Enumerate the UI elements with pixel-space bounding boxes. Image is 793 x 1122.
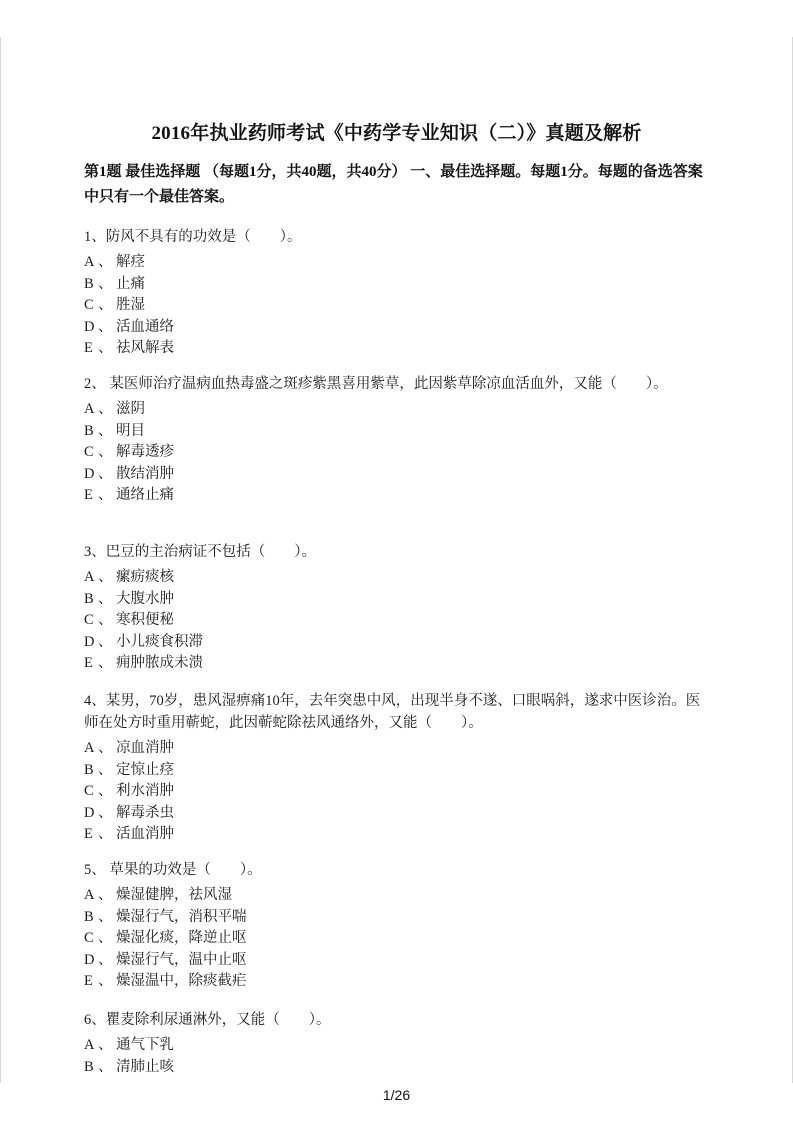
option-letter: D (84, 464, 98, 486)
option-separator: 、 (98, 928, 116, 950)
option-c: C、胜湿 (84, 295, 709, 317)
option-separator: 、 (98, 567, 116, 589)
option-separator: 、 (98, 1035, 116, 1057)
option-letter: C (84, 442, 98, 464)
option-letter: D (84, 632, 98, 654)
option-separator: 、 (98, 781, 116, 803)
option-separator: 、 (98, 653, 116, 675)
option-text: 燥湿行气，温中止呕 (116, 952, 247, 968)
option-separator: 、 (98, 738, 116, 760)
question-stem: 5、 草果的功效是（ ）。 (84, 859, 709, 881)
option-separator: 、 (98, 907, 116, 929)
option-text: 小儿痰食积滞 (116, 634, 203, 650)
option-c: C、寒积便秘 (84, 610, 709, 632)
option-b: B、明目 (84, 421, 709, 443)
option-letter: A (84, 567, 98, 589)
option-text: 胜湿 (116, 297, 145, 313)
question-4: 4、某男，70岁，患风湿痹痛10年，去年突患中风，出现半身不遂、口眼㖞斜，遂求中… (84, 690, 709, 846)
option-text: 解毒透疹 (116, 444, 174, 460)
option-list: A、解痉 B、止痛 C、胜湿 D、活血通络 E、祛风解表 (84, 252, 709, 360)
question-3: 3、巴豆的主治病证不包括（ ）。 A、瘰疬痰核 B、大腹水肿 C、寒积便秘 D、… (84, 541, 709, 675)
option-text: 清肺止咳 (116, 1059, 174, 1075)
option-b: B、燥湿行气，消积平喘 (84, 907, 709, 929)
option-list: A、燥湿健脾，祛风湿 B、燥湿行气，消积平喘 C、燥湿化痰，降逆止呕 D、燥湿行… (84, 885, 709, 993)
option-separator: 、 (98, 950, 116, 972)
option-separator: 、 (98, 971, 116, 993)
option-text: 滋阴 (116, 401, 145, 417)
option-text: 燥湿化痰，降逆止呕 (116, 930, 247, 946)
option-d: D、活血通络 (84, 317, 709, 339)
option-letter: B (84, 760, 98, 782)
option-text: 痈肿脓成未溃 (116, 655, 203, 671)
option-separator: 、 (98, 589, 116, 611)
option-letter: C (84, 781, 98, 803)
option-separator: 、 (98, 803, 116, 825)
option-letter: E (84, 824, 98, 846)
option-e: E、燥湿温中，除痰截疟 (84, 971, 709, 993)
option-b: B、大腹水肿 (84, 589, 709, 611)
question-stem: 1、防风不具有的功效是（ ）。 (84, 226, 709, 248)
option-letter: D (84, 803, 98, 825)
option-letter: A (84, 252, 98, 274)
option-text: 散结消肿 (116, 466, 174, 482)
option-separator: 、 (98, 885, 116, 907)
option-c: C、燥湿化痰，降逆止呕 (84, 928, 709, 950)
question-stem: 2、 某医师治疗温病血热毒盛之斑疹紫黑喜用紫草，此因紫草除凉血活血外，又能（ ）… (84, 373, 709, 395)
option-a: A、凉血消肿 (84, 738, 709, 760)
option-c: C、利水消肿 (84, 781, 709, 803)
option-letter: C (84, 610, 98, 632)
option-a: A、燥湿健脾，祛风湿 (84, 885, 709, 907)
option-separator: 、 (98, 295, 116, 317)
option-d: D、小儿痰食积滞 (84, 632, 709, 654)
option-e: E、活血消肿 (84, 824, 709, 846)
option-separator: 、 (98, 824, 116, 846)
question-1: 1、防风不具有的功效是（ ）。 A、解痉 B、止痛 C、胜湿 D、活血通络 E、… (84, 226, 709, 360)
option-e: E、痈肿脓成未溃 (84, 653, 709, 675)
option-text: 解痉 (116, 254, 145, 270)
option-letter: B (84, 907, 98, 929)
option-e: E、通络止痛 (84, 485, 709, 507)
option-text: 通络止痛 (116, 487, 174, 503)
option-letter: A (84, 738, 98, 760)
option-d: D、散结消肿 (84, 464, 709, 486)
page-number: 1/26 (0, 1087, 793, 1103)
option-letter: E (84, 338, 98, 360)
option-letter: B (84, 274, 98, 296)
option-separator: 、 (98, 485, 116, 507)
option-text: 活血消肿 (116, 826, 174, 842)
option-separator: 、 (98, 464, 116, 486)
question-stem: 6、瞿麦除利尿通淋外，又能（ ）。 (84, 1009, 709, 1031)
option-list: A、凉血消肿 B、定惊止痉 C、利水消肿 D、解毒杀虫 E、活血消肿 (84, 738, 709, 846)
option-text: 明目 (116, 423, 145, 439)
option-a: A、解痉 (84, 252, 709, 274)
option-text: 大腹水肿 (116, 591, 174, 607)
option-d: D、解毒杀虫 (84, 803, 709, 825)
option-a: A、瘰疬痰核 (84, 567, 709, 589)
option-b: B、止痛 (84, 274, 709, 296)
option-text: 利水消肿 (116, 783, 174, 799)
question-5: 5、 草果的功效是（ ）。 A、燥湿健脾，祛风湿 B、燥湿行气，消积平喘 C、燥… (84, 859, 709, 993)
option-letter: E (84, 971, 98, 993)
option-text: 活血通络 (116, 319, 174, 335)
option-letter: B (84, 421, 98, 443)
option-b: B、清肺止咳 (84, 1057, 709, 1079)
option-letter: B (84, 589, 98, 611)
option-letter: B (84, 1057, 98, 1079)
option-separator: 、 (98, 632, 116, 654)
option-list: A、通气下乳 B、清肺止咳 (84, 1035, 709, 1078)
option-separator: 、 (98, 274, 116, 296)
option-letter: A (84, 399, 98, 421)
option-separator: 、 (98, 317, 116, 339)
option-c: C、解毒透疹 (84, 442, 709, 464)
question-stem: 3、巴豆的主治病证不包括（ ）。 (84, 541, 709, 563)
option-b: B、定惊止痉 (84, 760, 709, 782)
option-a: A、通气下乳 (84, 1035, 709, 1057)
option-text: 燥湿行气，消积平喘 (116, 909, 247, 925)
option-letter: C (84, 295, 98, 317)
option-letter: D (84, 317, 98, 339)
option-text: 解毒杀虫 (116, 805, 174, 821)
option-a: A、滋阴 (84, 399, 709, 421)
option-separator: 、 (98, 399, 116, 421)
option-letter: D (84, 950, 98, 972)
option-d: D、燥湿行气，温中止呕 (84, 950, 709, 972)
option-e: E、祛风解表 (84, 338, 709, 360)
document-title: 2016年执业药师考试《中药学专业知识（二）》真题及解析 (0, 118, 793, 145)
option-letter: E (84, 485, 98, 507)
option-letter: A (84, 885, 98, 907)
option-text: 寒积便秘 (116, 612, 174, 628)
option-text: 燥湿温中，除痰截疟 (116, 973, 247, 989)
option-separator: 、 (98, 610, 116, 632)
option-list: A、瘰疬痰核 B、大腹水肿 C、寒积便秘 D、小儿痰食积滞 E、痈肿脓成未溃 (84, 567, 709, 675)
option-separator: 、 (98, 442, 116, 464)
option-separator: 、 (98, 1057, 116, 1079)
option-separator: 、 (98, 252, 116, 274)
option-letter: C (84, 928, 98, 950)
option-text: 止痛 (116, 276, 145, 292)
question-stem: 4、某男，70岁，患风湿痹痛10年，去年突患中风，出现半身不遂、口眼㖞斜，遂求中… (84, 690, 709, 734)
option-letter: A (84, 1035, 98, 1057)
question-6: 6、瞿麦除利尿通淋外，又能（ ）。 A、通气下乳 B、清肺止咳 (84, 1009, 709, 1078)
option-text: 定惊止痉 (116, 762, 174, 778)
option-list: A、滋阴 B、明目 C、解毒透疹 D、散结消肿 E、通络止痛 (84, 399, 709, 507)
option-separator: 、 (98, 760, 116, 782)
question-2: 2、 某医师治疗温病血热毒盛之斑疹紫黑喜用紫草，此因紫草除凉血活血外，又能（ ）… (84, 373, 709, 507)
option-text: 瘰疬痰核 (116, 569, 174, 585)
option-text: 凉血消肿 (116, 740, 174, 756)
option-separator: 、 (98, 421, 116, 443)
option-text: 祛风解表 (116, 340, 174, 356)
option-text: 通气下乳 (116, 1037, 174, 1053)
section-intro: 第1题 最佳选择题 （每题1分，共40题，共40分） 一、最佳选择题。每题1分。… (84, 160, 709, 210)
option-letter: E (84, 653, 98, 675)
option-separator: 、 (98, 338, 116, 360)
option-text: 燥湿健脾，祛风湿 (116, 887, 232, 903)
